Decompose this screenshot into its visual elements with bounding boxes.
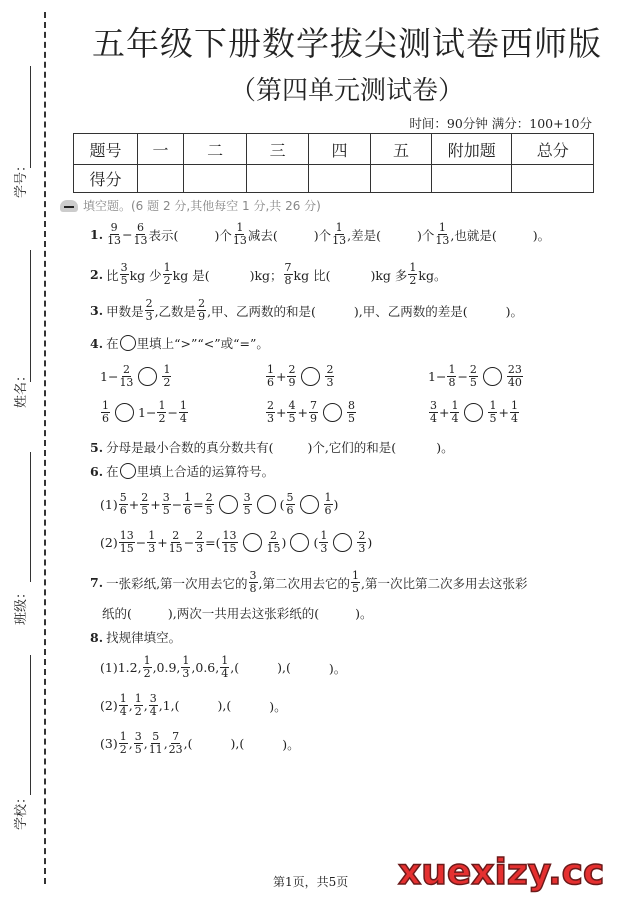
fraction: 14 [510, 400, 519, 425]
fraction: 913 [107, 222, 121, 247]
operator-circle[interactable] [300, 495, 319, 514]
fraction: 15 [488, 400, 497, 425]
header-cell: 三 [247, 134, 309, 165]
fraction: 15 [351, 570, 360, 595]
header-cell: 总分 [512, 134, 594, 165]
fraction: 25 [140, 492, 149, 517]
operator: + [276, 369, 286, 384]
operator: − [457, 369, 467, 384]
question-number: 4. [90, 336, 103, 351]
text: )。 [506, 302, 523, 320]
fraction: 56 [119, 492, 128, 517]
question-6: 6. 在 里填上合适的运算符号。 [90, 462, 274, 480]
fraction: 29 [197, 298, 206, 323]
score-cell[interactable] [184, 165, 247, 193]
fraction: 113 [435, 222, 449, 247]
compare-circle[interactable] [301, 367, 320, 386]
compare-item-4: 16 1− 12 − 14 [100, 400, 189, 425]
text: )。 [355, 604, 372, 622]
fraction: 79 [309, 400, 318, 425]
header-cell: 五 [371, 134, 432, 165]
binding-strip: 学号： 姓名： 班级： 学校： [0, 0, 60, 897]
fraction: 723 [169, 731, 183, 756]
fraction: 78 [284, 262, 293, 287]
fraction: 35 [243, 492, 252, 517]
fraction: 12 [162, 364, 171, 389]
compare-circle[interactable] [138, 367, 157, 386]
fraction: 23 [195, 530, 204, 555]
fraction: 213 [119, 364, 133, 389]
question-8: 8. 找规律填空。 [90, 628, 181, 646]
text: )。 [269, 697, 286, 715]
header-cell: 附加题 [431, 134, 512, 165]
student-id-field-line [30, 66, 31, 168]
school-field-line [30, 655, 31, 795]
fraction: 14 [119, 693, 128, 718]
score-cell[interactable] [371, 165, 432, 193]
sub-label: (1) [100, 497, 118, 512]
fraction: 34 [149, 693, 158, 718]
text: 减去( [248, 226, 278, 244]
text: )个 [417, 226, 434, 244]
score-cell[interactable] [137, 165, 183, 193]
operator: = [193, 497, 203, 512]
operator-circle[interactable] [290, 533, 309, 552]
exam-meta: 时间：90分钟 满分：100+10分 [409, 114, 592, 132]
fraction: 511 [149, 731, 163, 756]
text: )。 [436, 438, 453, 456]
section-badge-icon [60, 200, 78, 212]
class-label: 班级： [10, 586, 29, 625]
section-1-header: 填空题。(6 题 2 分,其他每空 1 分,共 26 分) [60, 197, 321, 214]
fraction: 25 [205, 492, 214, 517]
name-label: 姓名： [10, 369, 29, 408]
name-field-line [30, 250, 31, 382]
fraction: 16 [324, 492, 333, 517]
text: )。 [329, 659, 346, 677]
paren: ( [280, 497, 285, 512]
text: ),甲、乙两数的差是( [354, 302, 468, 320]
text: ),( [277, 660, 291, 675]
text: ),( [231, 736, 245, 751]
text: ,也就是( [450, 226, 496, 244]
text: ,1,( [159, 698, 180, 713]
fraction: 23 [325, 364, 334, 389]
question-1: 1. 913 − 613 表示( )个 113 减去( )个 113 ,差是( … [90, 222, 550, 247]
operator-circle[interactable] [257, 495, 276, 514]
operator: − [436, 369, 446, 384]
fraction: 16 [101, 400, 110, 425]
fraction: 2340 [507, 364, 523, 389]
text: 1 [138, 405, 146, 420]
compare-item-3: 1− 18 − 25 2340 [428, 364, 524, 389]
fraction: 23 [145, 298, 154, 323]
compare-circle[interactable] [483, 367, 502, 386]
text: 甲数是 [106, 302, 144, 320]
text: 表示( [149, 226, 179, 244]
operator-circle[interactable] [243, 533, 262, 552]
header-cell: 一 [137, 134, 183, 165]
text: ,( [184, 736, 193, 751]
question-number: 7. [90, 575, 103, 590]
text: )个,它们的和是( [307, 438, 396, 456]
text: 在 [106, 462, 119, 480]
compare-circle[interactable] [115, 403, 134, 422]
cut-line [44, 12, 46, 884]
fraction: 12 [157, 400, 166, 425]
question-5: 5. 分母是最小合数的真分数共有( )个,它们的和是( )。 [90, 438, 454, 456]
text: ),两次一共用去这张彩纸的( [168, 604, 319, 622]
fraction: 215 [169, 530, 183, 555]
question-number: 2. [90, 267, 103, 282]
fraction: 113 [233, 222, 247, 247]
operator-item-2: (2) 1315− 13+ 215− 23 = ( 1315 215 ) ( 1… [100, 530, 372, 555]
fraction: 85 [347, 400, 356, 425]
question-7: 7. 一张彩纸,第一次用去它的 38 ,第二次用去它的 15 ,第一次比第二次多… [90, 570, 528, 595]
text: 找规律填空。 [106, 628, 181, 646]
fraction: 14 [220, 655, 229, 680]
header-cell: 四 [309, 134, 371, 165]
compare-circle[interactable] [464, 403, 483, 422]
text: 里填上合适的运算符号。 [137, 462, 275, 480]
pattern-item-3: (3) 12, 35, 511, 723 ,( ),( )。 [100, 731, 300, 756]
page-title: 五年级下册数学拔尖测试卷西师版 [60, 18, 634, 65]
class-field-line [30, 452, 31, 582]
school-label: 学校： [10, 791, 29, 830]
text: kg。 [418, 266, 446, 284]
operator: − [167, 405, 177, 420]
fraction: 1315 [119, 530, 135, 555]
student-id-label: 学号： [10, 159, 29, 198]
fraction: 12 [408, 262, 417, 287]
question-2: 2. 比 35 kg 少 12 kg 是( )kg； 78 kg 比( )kg … [90, 262, 446, 287]
score-table-score-row: 得分 [74, 165, 594, 193]
text: 里填上“>”“<”或“=”。 [137, 334, 269, 352]
text: ,0.6, [191, 660, 219, 675]
fraction: 16 [266, 364, 275, 389]
fraction: 12 [134, 693, 143, 718]
score-table: 题号 一 二 三 四 五 附加题 总分 得分 [73, 133, 594, 193]
text: 在 [106, 334, 119, 352]
text: )。 [533, 226, 550, 244]
compare-item-2: 16 + 29 23 [265, 364, 335, 389]
text: )kg 多 [370, 266, 407, 284]
operator: + [498, 405, 508, 420]
fraction: 56 [286, 492, 295, 517]
text: ,0.9, [153, 660, 181, 675]
question-7-line-2: 纸的( ),两次一共用去这张彩纸的( )。 [102, 604, 373, 622]
question-number: 6. [90, 464, 103, 479]
fraction: 12 [163, 262, 172, 287]
circle-icon [120, 463, 136, 479]
operator: − [146, 405, 156, 420]
operator: + [439, 405, 449, 420]
fraction: 12 [119, 731, 128, 756]
operator: = [205, 535, 215, 550]
paren: ) [282, 535, 287, 550]
text: ,第一次比第二次多用去这张彩 [361, 574, 527, 592]
text: ,第二次用去它的 [259, 574, 350, 592]
section-1-title: 填空题。(6 题 2 分,其他每空 1 分,共 26 分) [83, 197, 321, 214]
fraction: 113 [332, 222, 346, 247]
score-cell[interactable] [431, 165, 512, 193]
text: 1 [100, 369, 108, 384]
text: )。 [282, 735, 299, 753]
text: ,甲、乙两数的和是( [207, 302, 316, 320]
operator-circle[interactable] [219, 495, 238, 514]
fraction: 215 [267, 530, 281, 555]
text: 比 [106, 266, 119, 284]
score-cell[interactable] [247, 165, 309, 193]
compare-circle[interactable] [323, 403, 342, 422]
fraction: 23 [266, 400, 275, 425]
paren: ( [216, 535, 221, 550]
fraction: 23 [357, 530, 366, 555]
sub-label: (2) [100, 698, 118, 713]
fraction: 35 [120, 262, 129, 287]
watermark-logo: xuexizy.cc [398, 852, 604, 893]
fraction: 38 [249, 570, 258, 595]
text: ,差是( [347, 226, 381, 244]
pattern-item-1: (1) 1.2, 12 ,0.9, 13 ,0.6, 14 ,( ),( )。 [100, 655, 346, 680]
sub-label: (1) [100, 660, 118, 675]
header-cell: 二 [184, 134, 247, 165]
score-row-label: 得分 [74, 165, 138, 193]
paren: ( [313, 535, 318, 550]
fraction: 13 [319, 530, 328, 555]
fraction: 34 [429, 400, 438, 425]
score-table-header-row: 题号 一 二 三 四 五 附加题 总分 [74, 134, 594, 165]
paren: ) [367, 535, 372, 550]
text: 1 [428, 369, 436, 384]
question-3: 3. 甲数是 23 ,乙数是 29 ,甲、乙两数的和是( ),甲、乙两数的差是(… [90, 298, 523, 323]
fraction: 35 [134, 731, 143, 756]
operator: − [108, 369, 118, 384]
question-4: 4. 在 里填上“>”“<”或“=”。 [90, 334, 269, 352]
text: ),( [217, 698, 231, 713]
pattern-item-2: (2) 14, 12, 34 ,1,( ),( )。 [100, 693, 287, 718]
sub-label: (2) [100, 535, 118, 550]
text: kg 是( [173, 266, 210, 284]
fraction: 13 [147, 530, 156, 555]
text: )个 [314, 226, 331, 244]
fraction: 35 [162, 492, 171, 517]
text: 1.2, [118, 660, 142, 675]
question-number: 3. [90, 303, 103, 318]
score-cell[interactable] [309, 165, 371, 193]
text: kg 少 [130, 266, 162, 284]
fraction: 16 [183, 492, 192, 517]
compare-item-5: 23 + 45 + 79 85 [265, 400, 357, 425]
header-cell: 题号 [74, 134, 138, 165]
operator-item-1: (1) 56+ 25+ 35− 16 = 25 35 ( 56 16 ) [100, 492, 338, 517]
score-cell[interactable] [512, 165, 594, 193]
text: )kg； [250, 266, 283, 284]
fraction: 13 [181, 655, 190, 680]
fraction: 12 [143, 655, 152, 680]
fraction: 613 [134, 222, 148, 247]
text: 纸的( [102, 604, 132, 622]
text: 一张彩纸,第一次用去它的 [106, 574, 247, 592]
page-subtitle: （第四单元测试卷） [60, 70, 634, 107]
question-number: 5. [90, 440, 103, 455]
sub-label: (3) [100, 736, 118, 751]
fraction: 18 [447, 364, 456, 389]
fraction: 14 [179, 400, 188, 425]
page-number: 第1页，共5页 [273, 873, 348, 890]
question-number: 8. [90, 630, 103, 645]
text: 分母是最小合数的真分数共有( [106, 438, 273, 456]
text: ,乙数是 [155, 302, 196, 320]
operator-circle[interactable] [333, 533, 352, 552]
circle-icon [120, 335, 136, 351]
fraction: 25 [469, 364, 478, 389]
compare-item-1: 1− 213 12 [100, 364, 172, 389]
fraction: 14 [450, 400, 459, 425]
paren: ) [334, 497, 339, 512]
operator: − [122, 227, 132, 242]
fraction: 45 [287, 400, 296, 425]
operator: + [276, 405, 286, 420]
text: kg 比( [294, 266, 331, 284]
text: )个 [214, 226, 231, 244]
fraction: 1315 [222, 530, 238, 555]
fraction: 29 [287, 364, 296, 389]
operator: + [297, 405, 307, 420]
question-number: 1. [90, 227, 103, 242]
text: ,( [230, 660, 239, 675]
compare-item-6: 34 + 14 15 + 14 [428, 400, 520, 425]
